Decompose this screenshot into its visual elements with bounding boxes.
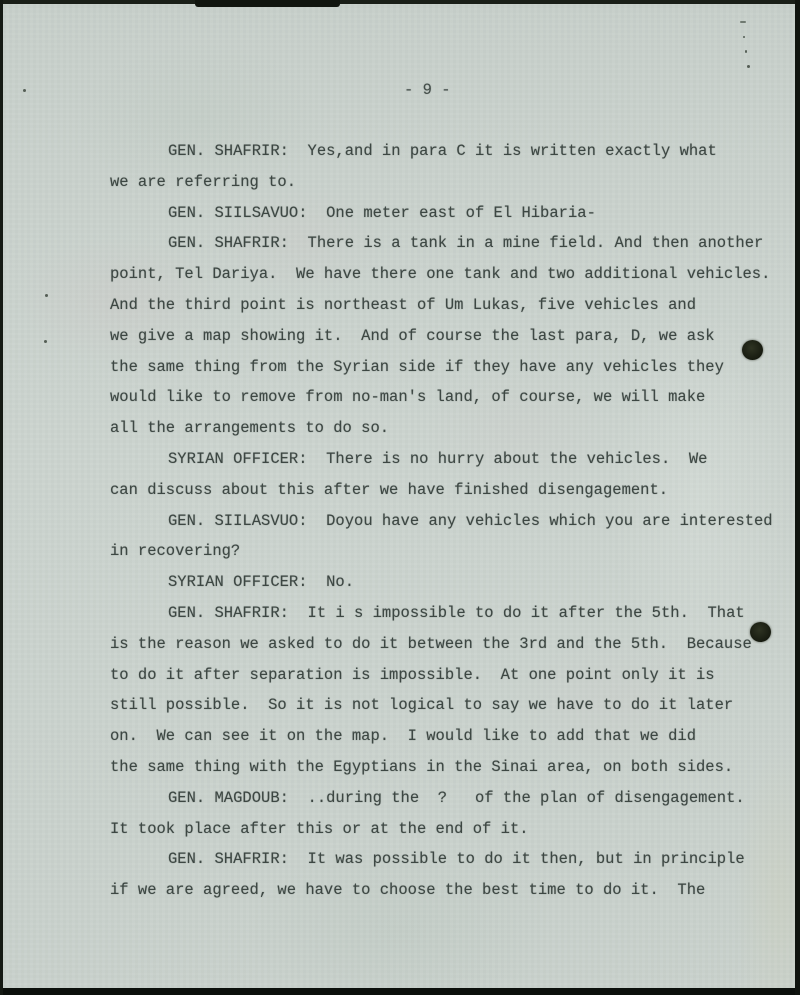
text-line: GEN. SHAFRIR: Yes,and in para C it is wr… (110, 136, 786, 167)
scan-edge-top (0, 0, 800, 4)
text-line: still possible. So it is not logical to … (110, 690, 786, 721)
dirt-speck (747, 65, 750, 68)
text-line: in recovering? (110, 536, 786, 567)
text-line: And the third point is northeast of Um L… (110, 290, 786, 321)
dirt-speck (45, 294, 48, 297)
text-line: if we are agreed, we have to choose the … (110, 875, 786, 906)
dirt-speck (44, 340, 47, 343)
dirt-speck (745, 50, 747, 53)
text-line: GEN. SHAFRIR: It i s impossible to do it… (110, 598, 786, 629)
text-line: we are referring to. (110, 167, 786, 198)
text-line: point, Tel Dariya. We have there one tan… (110, 259, 786, 290)
text-line: on. We can see it on the map. I would li… (110, 721, 786, 752)
text-line: GEN. SIILASVUO: Doyou have any vehicles … (110, 506, 786, 537)
text-line: It took place after this or at the end o… (110, 814, 786, 845)
text-line: the same thing with the Egyptians in the… (110, 752, 786, 783)
text-line: to do it after separation is impossible.… (110, 660, 786, 691)
scan-edge-bottom (0, 988, 800, 995)
dirt-speck (743, 36, 745, 38)
scan-edge-top-blotch (195, 0, 340, 7)
text-line: we give a map showing it. And of course … (110, 321, 786, 352)
text-line: GEN. SHAFRIR: It was possible to do it t… (110, 844, 786, 875)
text-line: the same thing from the Syrian side if t… (110, 352, 786, 383)
text-line: GEN. MAGDOUB: ..during the ? of the plan… (110, 783, 786, 814)
dirt-speck (23, 89, 26, 92)
text-line: SYRIAN OFFICER: There is no hurry about … (110, 444, 786, 475)
text-line: GEN. SHAFRIR: There is a tank in a mine … (110, 228, 786, 259)
scan-edge-right (795, 0, 800, 995)
text-line: can discuss about this after we have fin… (110, 475, 786, 506)
text-line: GEN. SIILSAVUO: One meter east of El Hib… (110, 198, 786, 229)
text-line: all the arrangements to do so. (110, 413, 786, 444)
scan-edge-left (0, 0, 3, 995)
dirt-speck (740, 21, 746, 23)
transcript-lines: GEN. SHAFRIR: Yes,and in para C it is wr… (110, 136, 786, 906)
text-line: would like to remove from no-man's land,… (110, 382, 786, 413)
text-line: SYRIAN OFFICER: No. (110, 567, 786, 598)
text-line: is the reason we asked to do it between … (110, 629, 786, 660)
page-number: - 9 - (404, 81, 451, 99)
